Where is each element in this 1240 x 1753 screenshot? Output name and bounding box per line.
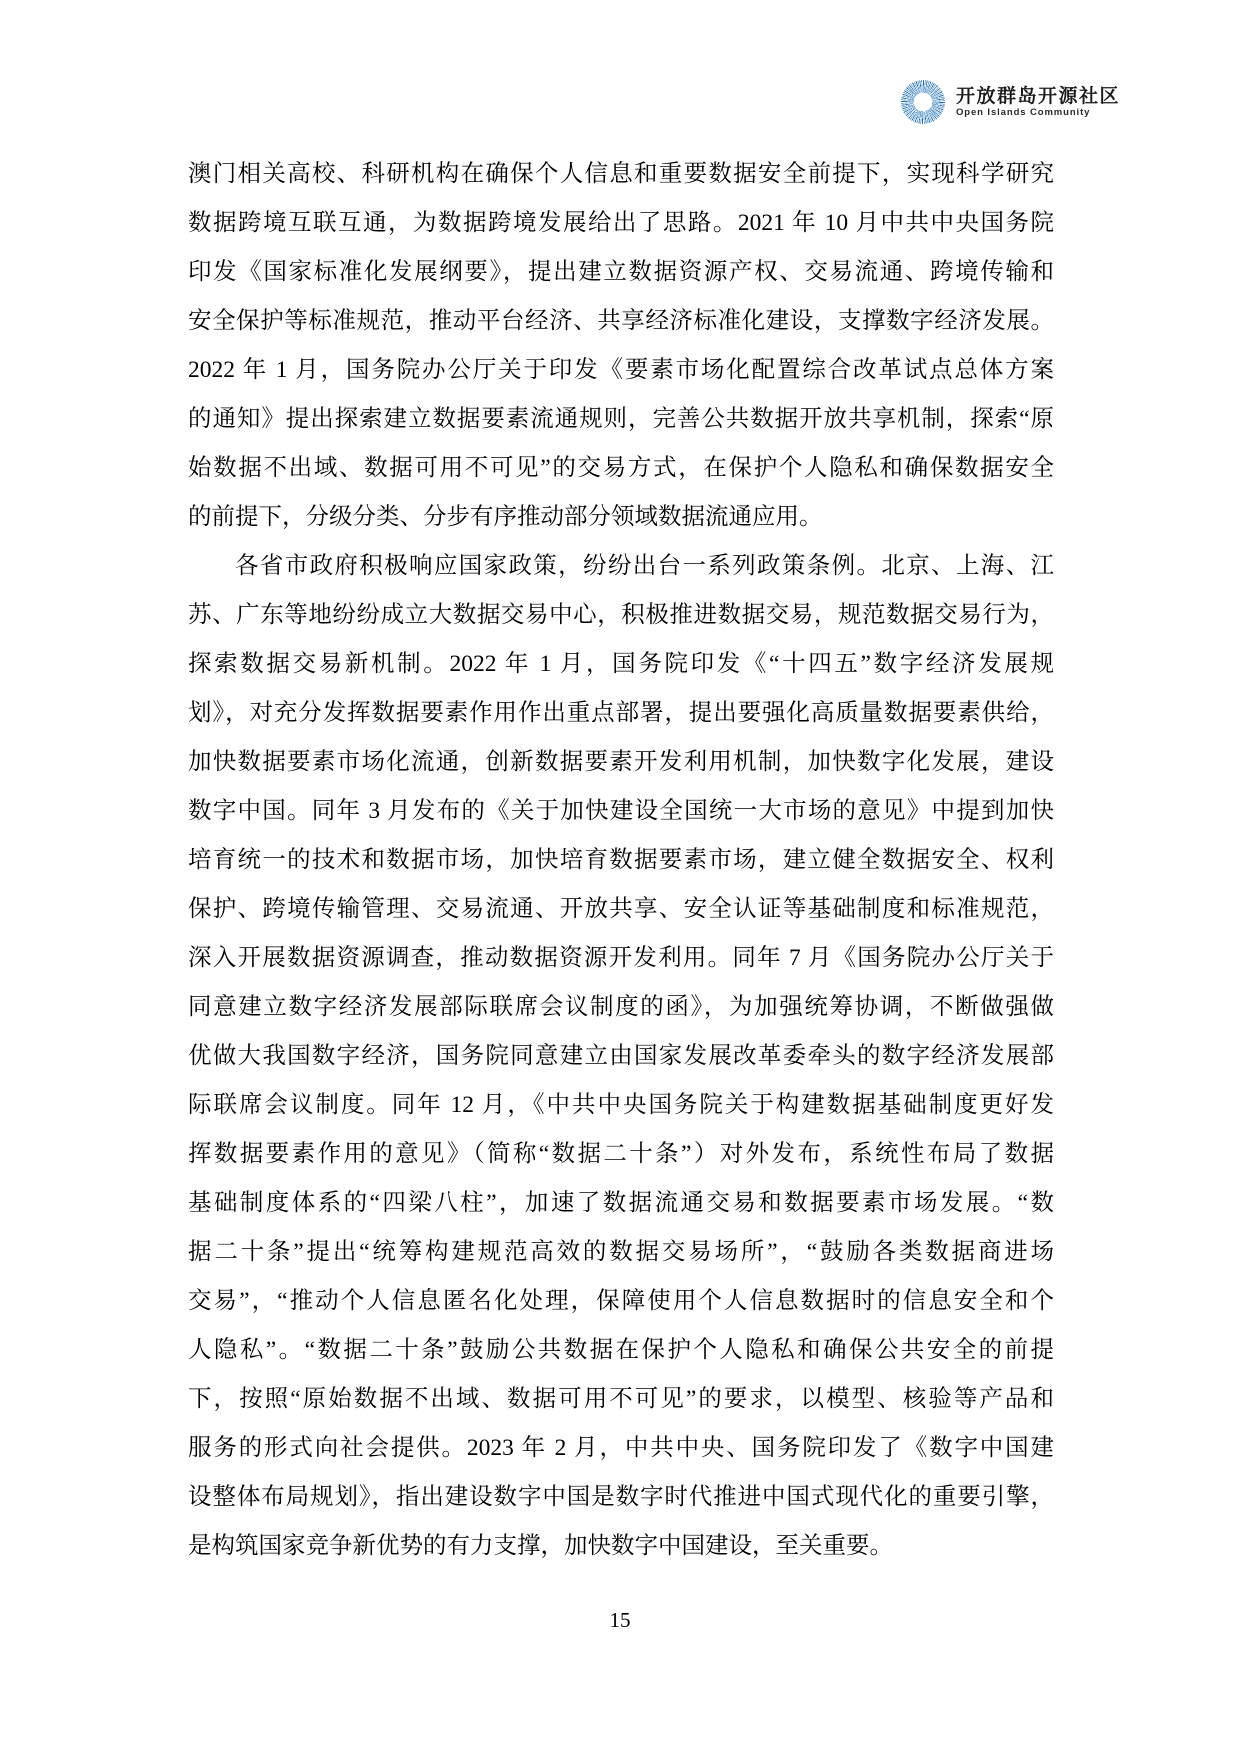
- text-line: 是构筑国家竞争新优势的有力支撑，加快数字中国建设，至关重要。: [188, 1522, 1054, 1571]
- text-line: 始数据不出域、数据可用不可见”的交易方式，在保护个人隐私和确保数据安全: [188, 444, 1054, 493]
- text-line: 人隐私”。“数据二十条”鼓励公共数据在保护个人隐私和确保公共安全的前提: [188, 1326, 1054, 1375]
- text-line: 2022 年 1 月，国务院办公厅关于印发《要素市场化配置综合改革试点总体方案: [188, 346, 1054, 395]
- text-line: 培育统一的技术和数据市场，加快培育数据要素市场，建立健全数据安全、权利: [188, 836, 1054, 885]
- text-line: 据二十条”提出“统筹构建规范高效的数据交易场所”，“鼓励各类数据商进场: [188, 1228, 1054, 1277]
- text-line: 的通知》提出探索建立数据要素流通规则，完善公共数据开放共享机制，探索“原: [188, 395, 1054, 444]
- text-line: 同意建立数字经济发展部际联席会议制度的函》，为加强统筹协调，不断做强做: [188, 983, 1054, 1032]
- text-line: 保护、跨境传输管理、交易流通、开放共享、安全认证等基础制度和标准规范，: [188, 885, 1054, 934]
- text-line: 澳门相关高校、科研机构在确保个人信息和重要数据安全前提下，实现科学研究: [188, 150, 1054, 199]
- text-line: 下，按照“原始数据不出域、数据可用不可见”的要求，以模型、核验等产品和: [188, 1375, 1054, 1424]
- text-line: 安全保护等标准规范，推动平台经济、共享经济标准化建设，支撑数字经济发展。: [188, 297, 1054, 346]
- paragraph-2: 各省市政府积极响应国家政策，纷纷出台一系列政策条例。北京、上海、江 苏、广东等地…: [188, 542, 1054, 1571]
- paragraph-1: 澳门相关高校、科研机构在确保个人信息和重要数据安全前提下，实现科学研究 数据跨境…: [188, 150, 1054, 542]
- body-text: 澳门相关高校、科研机构在确保个人信息和重要数据安全前提下，实现科学研究 数据跨境…: [188, 150, 1054, 1571]
- document-page: 开放群岛开源社区 Open Islands Community 澳门相关高校、科…: [0, 0, 1240, 1753]
- logo-title: 开放群岛开源社区: [956, 86, 1120, 107]
- page-number: 15: [0, 1608, 1240, 1633]
- text-line: 印发《国家标准化发展纲要》，提出建立数据资源产权、交易流通、跨境传输和: [188, 248, 1054, 297]
- text-line: 数字中国。同年 3 月发布的《关于加快建设全国统一大市场的意见》中提到加快: [188, 787, 1054, 836]
- text-line: 交易”，“推动个人信息匿名化处理，保障使用个人信息数据时的信息安全和个: [188, 1277, 1054, 1326]
- open-islands-logo: 开放群岛开源社区 Open Islands Community: [901, 80, 1120, 124]
- text-line: 数据跨境互联互通，为数据跨境发展给出了思路。2021 年 10 月中共中央国务院: [188, 199, 1054, 248]
- text-line: 设整体布局规划》，指出建设数字中国是数字时代推进中国式现代化的重要引擎，: [188, 1473, 1054, 1522]
- text-line: 探索数据交易新机制。2022 年 1 月，国务院印发《“十四五”数字经济发展规: [188, 640, 1054, 689]
- text-line: 划》，对充分发挥数据要素作用作出重点部署，提出要强化高质量数据要素供给，: [188, 689, 1054, 738]
- text-line: 的前提下，分级分类、分步有序推动部分领域数据流通应用。: [188, 493, 1054, 542]
- text-line: 基础制度体系的“四梁八柱”，加速了数据流通交易和数据要素市场发展。“数: [188, 1179, 1054, 1228]
- logo-subtitle: Open Islands Community: [956, 107, 1120, 119]
- text-line: 各省市政府积极响应国家政策，纷纷出台一系列政策条例。北京、上海、江: [188, 542, 1054, 591]
- logo-texts: 开放群岛开源社区 Open Islands Community: [956, 86, 1120, 119]
- sunburst-ring-icon: [901, 80, 945, 124]
- text-line: 深入开展数据资源调查，推动数据资源开发利用。同年 7 月《国务院办公厅关于: [188, 934, 1054, 983]
- text-line: 优做大我国数字经济，国务院同意建立由国家发展改革委牵头的数字经济发展部: [188, 1032, 1054, 1081]
- text-line: 服务的形式向社会提供。2023 年 2 月，中共中央、国务院印发了《数字中国建: [188, 1424, 1054, 1473]
- text-line: 际联席会议制度。同年 12 月，《中共中央国务院关于构建数据基础制度更好发: [188, 1081, 1054, 1130]
- text-line: 苏、广东等地纷纷成立大数据交易中心，积极推进数据交易，规范数据交易行为，: [188, 591, 1054, 640]
- text-line: 加快数据要素市场化流通，创新数据要素开发利用机制，加快数字化发展，建设: [188, 738, 1054, 787]
- text-line: 挥数据要素作用的意见》（简称“数据二十条”）对外发布，系统性布局了数据: [188, 1130, 1054, 1179]
